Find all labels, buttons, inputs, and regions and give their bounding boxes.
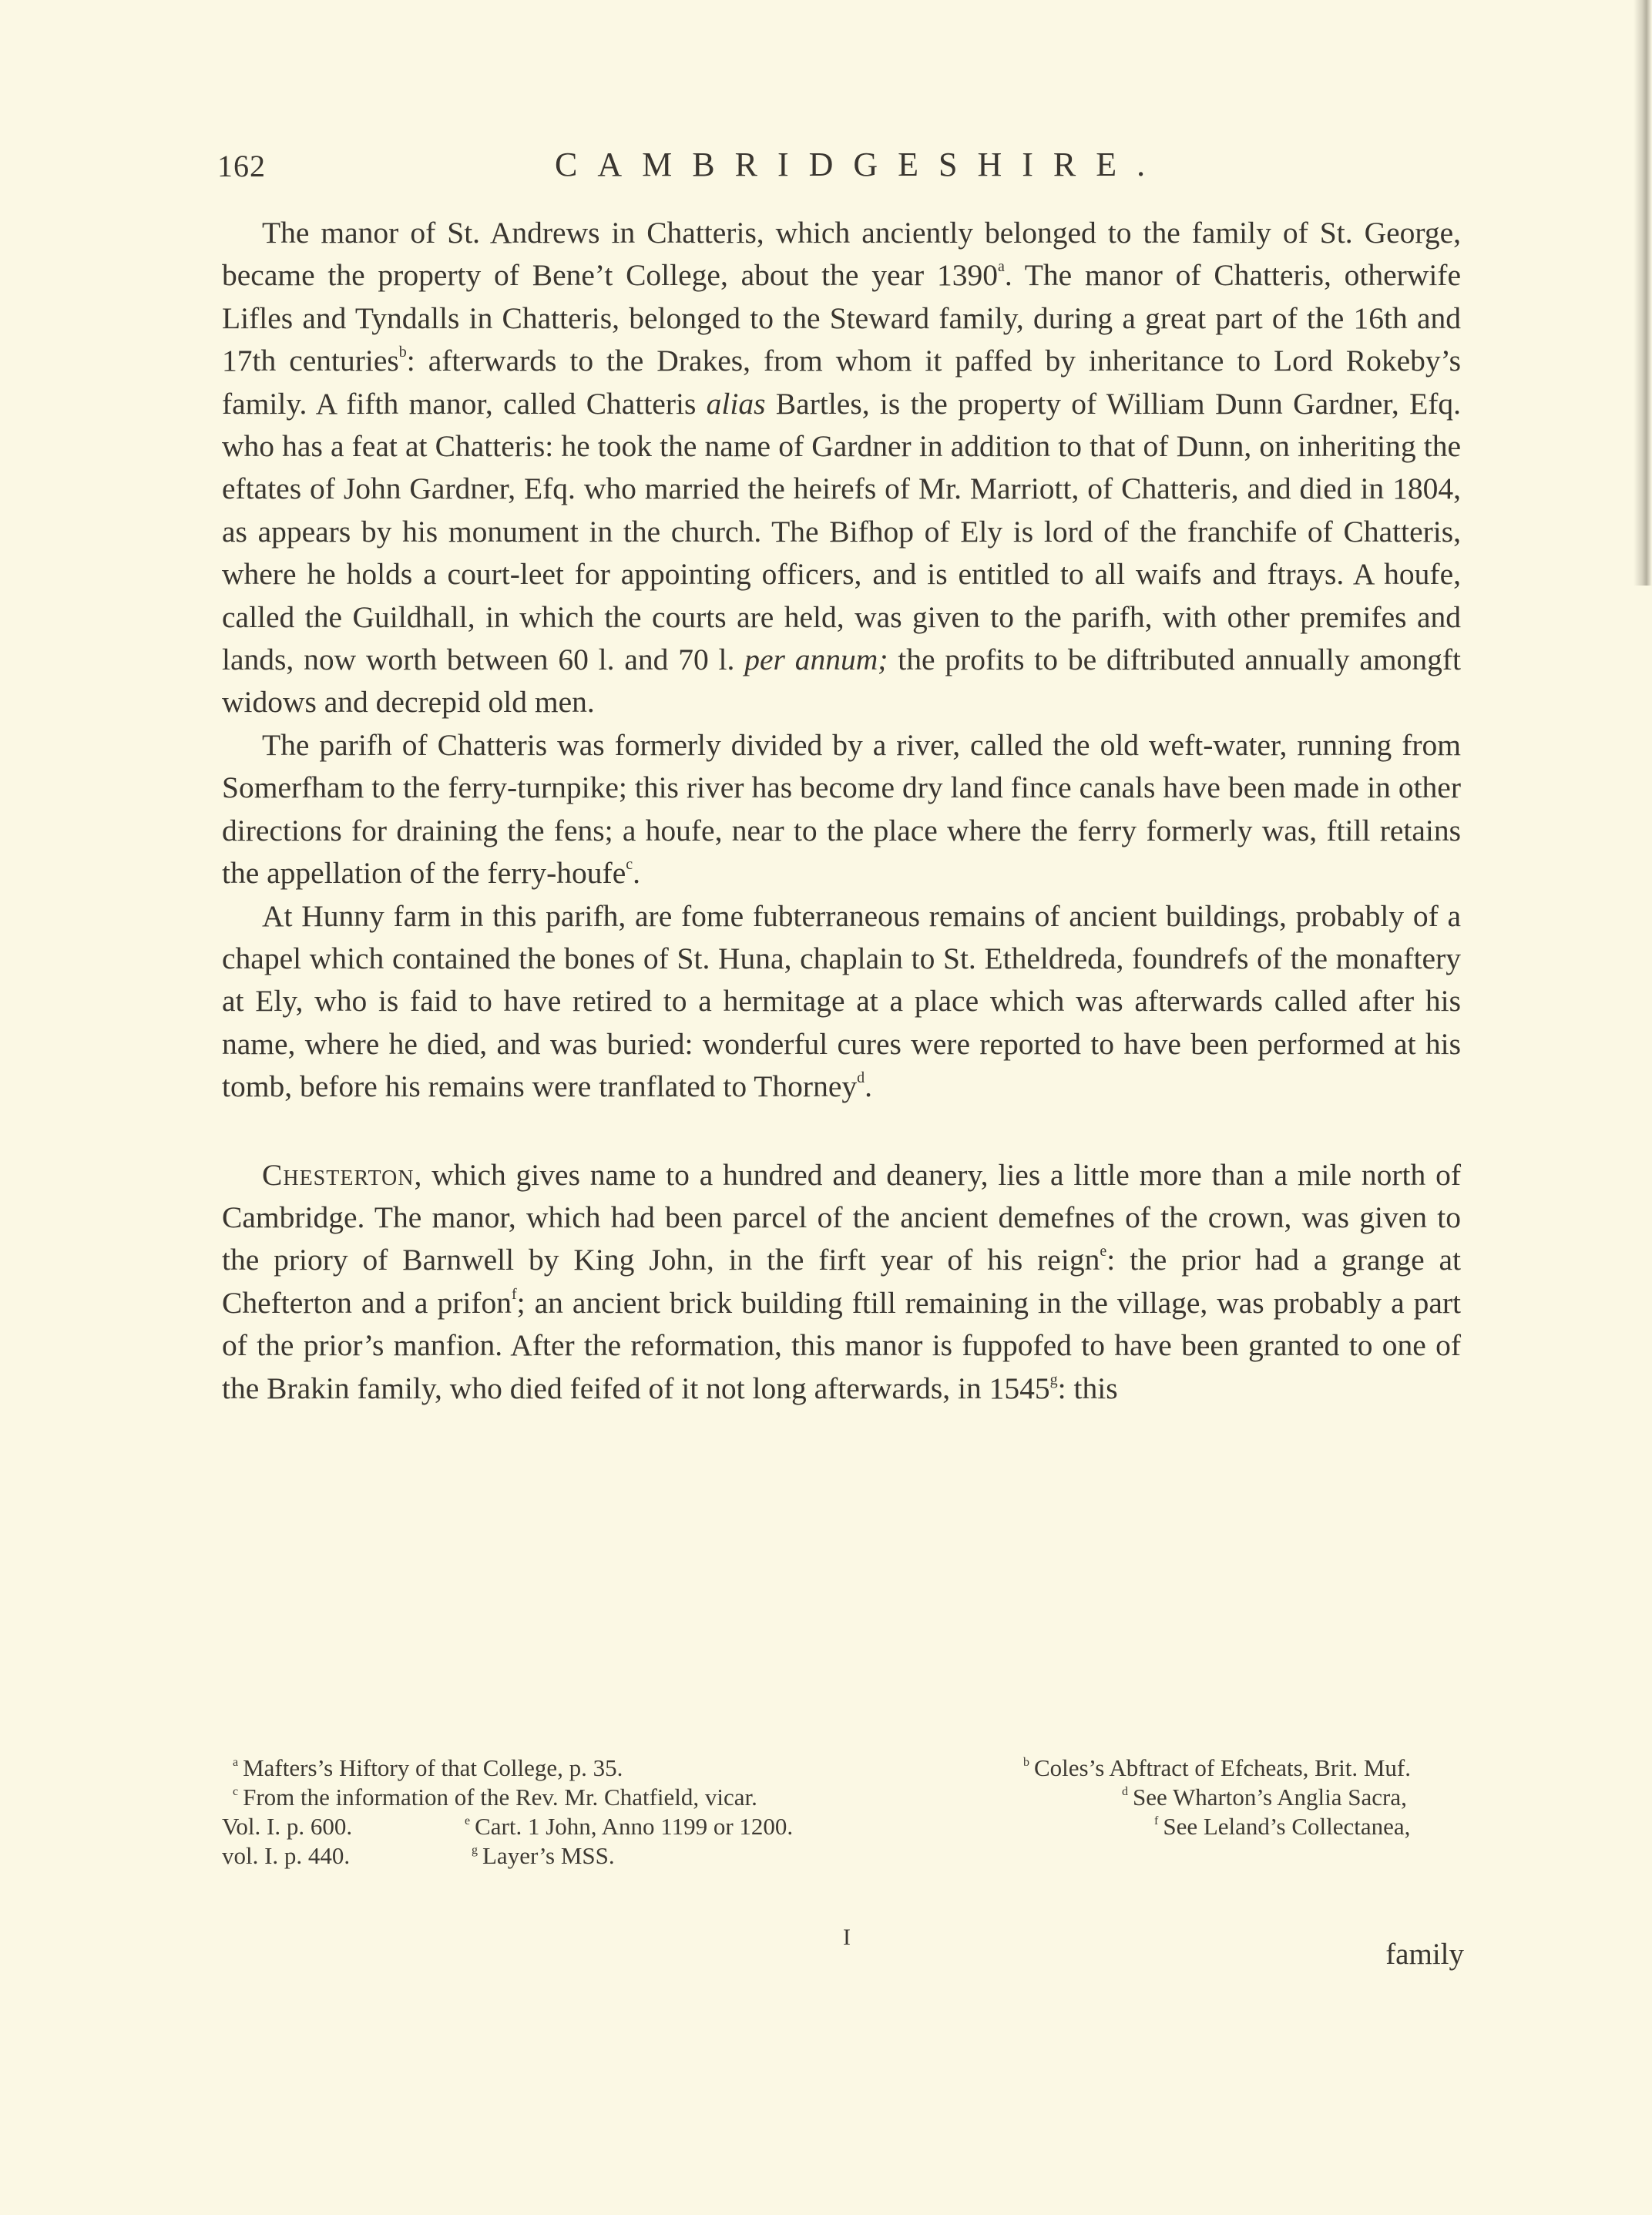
text-run: . (865, 1069, 872, 1103)
footnote-reference: d (857, 1069, 865, 1086)
footnote-mark: f (1154, 1814, 1158, 1827)
footnote-reference: b (399, 344, 407, 361)
footnote-text: Mafters’s Hiftory of that College, p. 35… (243, 1754, 623, 1781)
text-run: Bartles, is the property of William Dunn… (222, 387, 1461, 676)
paragraph-chesterton: Chesterton, which gives name to a hundre… (222, 1154, 1461, 1410)
footnote-mark: c (233, 1785, 238, 1798)
section-chatteris: The manor of St. Andrews in Chatteris, w… (222, 212, 1461, 1109)
footnote-text: Vol. I. p. 600. (222, 1813, 352, 1840)
text-run: The parifh of Chatteris was formerly div… (222, 728, 1461, 890)
signature-mark: I (843, 1925, 851, 1951)
footnote-g: gLayer’s MSS. (472, 1841, 615, 1871)
italic-text: per annum; (744, 643, 888, 676)
page-foot: I family (222, 1925, 1464, 1971)
footnote-row: Vol. I. p. 600.eCart. 1 John, Anno 1199 … (222, 1812, 1464, 1841)
footnote-continuation: Vol. I. p. 600. (222, 1812, 352, 1841)
footnote-reference: f (512, 1286, 517, 1303)
footnote-row: aMafters’s Hiftory of that College, p. 3… (222, 1754, 1464, 1783)
paragraph: At Hunny farm in this parifh, are fome f… (222, 895, 1461, 1109)
italic-text: alias (707, 387, 766, 421)
footnote-text: Coles’s Abftract of Efcheats, Brit. Muf. (1034, 1754, 1411, 1781)
text-run: At Hunny farm in this parifh, are fome f… (222, 899, 1461, 1104)
footnote-text: vol. I. p. 440. (222, 1842, 350, 1869)
footnote-reference: c (626, 856, 633, 873)
footnote-text: See Wharton’s Anglia Sacra, (1133, 1784, 1407, 1811)
section-chesterton: Chesterton, which gives name to a hundre… (222, 1154, 1461, 1410)
section-gap (222, 1109, 1461, 1154)
footnote-f: fSee Leland’s Collectanea, (1154, 1812, 1410, 1841)
footnote-text: Cart. 1 John, Anno 1199 or 1200. (475, 1813, 793, 1840)
footnote-text: Layer’s MSS. (482, 1842, 615, 1869)
footnote-mark: g (472, 1844, 478, 1857)
text-run: : this (1058, 1371, 1118, 1405)
footnote-reference: a (998, 258, 1005, 275)
footnote-e: eCart. 1 John, Anno 1199 or 1200. (465, 1812, 793, 1841)
footnotes: aMafters’s Hiftory of that College, p. 3… (222, 1754, 1464, 1871)
footnote-continuation: vol. I. p. 440. (222, 1841, 350, 1871)
footnote-reference: e (1100, 1243, 1106, 1260)
footnote-row: cFrom the information of the Rev. Mr. Ch… (222, 1783, 1464, 1812)
text-run: . (633, 856, 640, 890)
footnote-mark: d (1122, 1785, 1128, 1798)
paragraph: The parifh of Chatteris was formerly div… (222, 724, 1461, 895)
footnote-text: From the information of the Rev. Mr. Cha… (243, 1784, 757, 1811)
place-name-lead: Chesterton (262, 1158, 414, 1192)
body-text: The manor of St. Andrews in Chatteris, w… (222, 212, 1461, 1410)
catchword: family (1385, 1937, 1464, 1972)
page-number: 162 (217, 148, 266, 184)
paragraph: The manor of St. Andrews in Chatteris, w… (222, 212, 1461, 724)
running-title: CAMBRIDGESHIRE. (555, 145, 1165, 184)
footnote-text: See Leland’s Collectanea, (1163, 1813, 1410, 1840)
footnote-reference: g (1050, 1371, 1058, 1388)
footnote-mark: a (233, 1756, 238, 1769)
footnote-mark: b (1023, 1756, 1029, 1769)
footnote-row: vol. I. p. 440.gLayer’s MSS. (222, 1841, 1464, 1871)
footnote-d: dSee Wharton’s Anglia Sacra, (1122, 1783, 1407, 1812)
footnote-a: aMafters’s Hiftory of that College, p. 3… (233, 1754, 623, 1783)
running-header: 162 CAMBRIDGESHIRE. (217, 145, 1466, 191)
page-edge-shadow (1634, 0, 1652, 586)
footnote-b: bColes’s Abftract of Efcheats, Brit. Muf… (1023, 1754, 1411, 1783)
footnote-c: cFrom the information of the Rev. Mr. Ch… (233, 1783, 757, 1812)
footnote-mark: e (465, 1814, 470, 1827)
